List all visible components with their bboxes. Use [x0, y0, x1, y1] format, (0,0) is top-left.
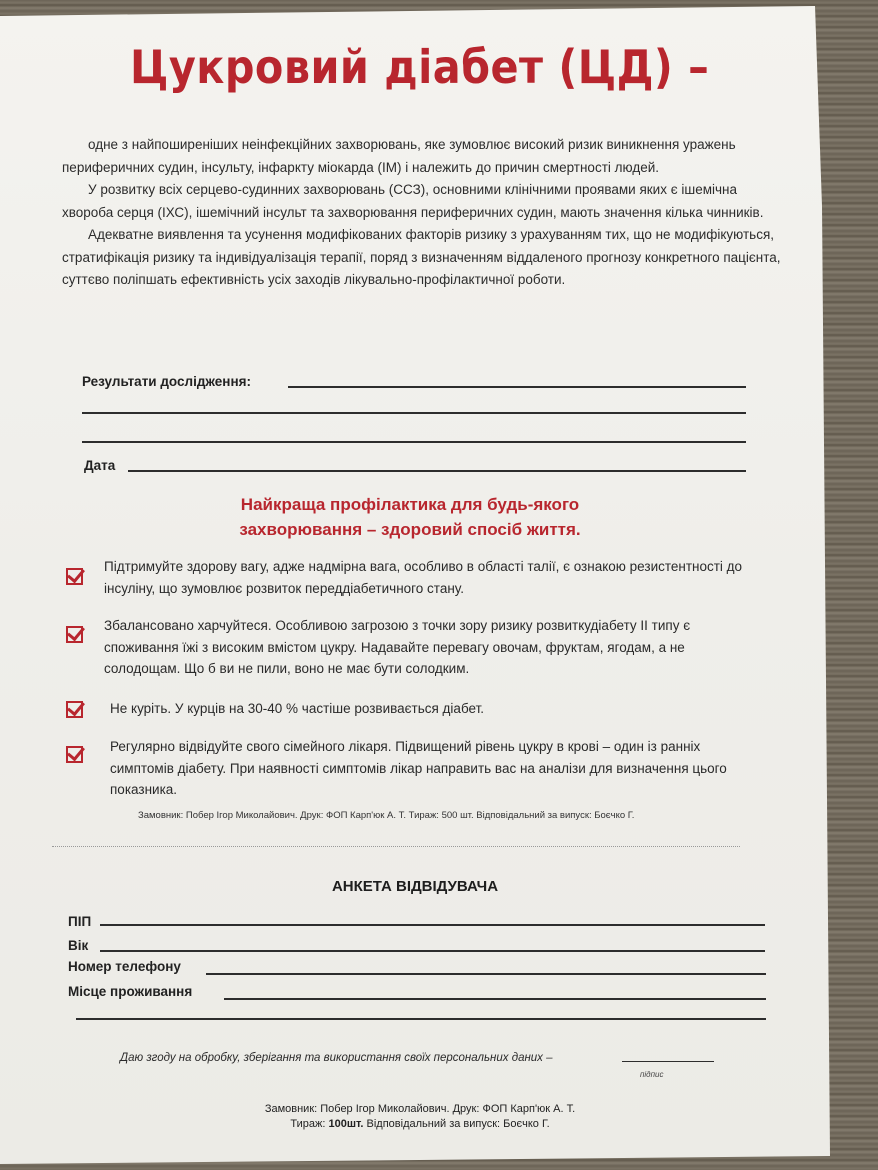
footer-circulation-count: 100шт.	[328, 1118, 363, 1130]
field-name-input[interactable]	[100, 924, 765, 926]
field-label-name: ПІП	[68, 914, 91, 929]
results-field-line-1[interactable]	[288, 386, 746, 388]
field-age-input[interactable]	[100, 950, 765, 952]
results-label: Результати дослідження:	[82, 374, 251, 389]
signature-label: підпис	[640, 1070, 663, 1079]
tip-nutrition: Збалансовано харчуйтеся. Особливою загро…	[104, 615, 744, 680]
slogan-line-2: захворювання – здоровий спосіб життя.	[150, 517, 670, 542]
page-title: Цукровий діабет (ЦД) –	[130, 40, 709, 94]
results-field-line-3[interactable]	[82, 441, 746, 443]
footer-responsible: Відповідальний за випуск: Боєчко Г.	[367, 1118, 550, 1130]
field-label-residence: Місце проживання	[68, 984, 192, 999]
date-field-line[interactable]	[128, 470, 746, 472]
checkbox-checked-icon	[66, 701, 83, 718]
questionnaire-title: АНКЕТА ВІДВІДУВАЧА	[0, 878, 830, 895]
intro-paragraph-1: одне з найпоширеніших неінфекційних захв…	[62, 134, 782, 179]
leaflet-paper: Цукровий діабет (ЦД) – одне з найпоширен…	[0, 6, 830, 1164]
date-label: Дата	[84, 458, 115, 473]
print-credit-top: Замовник: Побер Ігор Миколайович. Друк: …	[138, 810, 634, 821]
field-residence-input[interactable]	[224, 998, 766, 1000]
footer-line-2: Тираж: 100шт. Відповідальний за випуск: …	[0, 1118, 840, 1130]
field-label-phone: Номер телефону	[68, 959, 181, 974]
field-label-age: Вік	[68, 938, 88, 953]
tip-smoking: Не куріть. У курців на 30-40 % частіше р…	[110, 698, 750, 720]
checkbox-checked-icon	[66, 746, 83, 763]
slogan: Найкраща профілактика для будь-якого зах…	[150, 492, 670, 542]
field-residence-input-line-2[interactable]	[76, 1018, 766, 1020]
signature-line[interactable]	[622, 1061, 714, 1062]
checkbox-checked-icon	[66, 626, 83, 643]
intro-paragraph-2: У розвитку всіх серцево-судинних захворю…	[62, 179, 782, 224]
cut-line-divider	[52, 846, 740, 847]
footer-circulation-label: Тираж:	[290, 1118, 325, 1130]
intro-text: одне з найпоширеніших неінфекційних захв…	[62, 134, 782, 292]
results-field-line-2[interactable]	[82, 412, 746, 414]
intro-paragraph-3: Адекватне виявлення та усунення модифіко…	[62, 224, 782, 292]
slogan-line-1: Найкраща профілактика для будь-якого	[150, 492, 670, 517]
tip-doctor: Регулярно відвідуйте свого сімейного лік…	[110, 736, 750, 801]
checkbox-checked-icon	[66, 568, 83, 585]
footer-line-1: Замовник: Побер Ігор Миколайович. Друк: …	[0, 1103, 840, 1115]
tip-weight: Підтримуйте здорову вагу, адже надмірна …	[104, 556, 744, 599]
consent-text: Даю згоду на обробку, зберігання та вико…	[120, 1052, 553, 1064]
field-phone-input[interactable]	[206, 973, 766, 975]
